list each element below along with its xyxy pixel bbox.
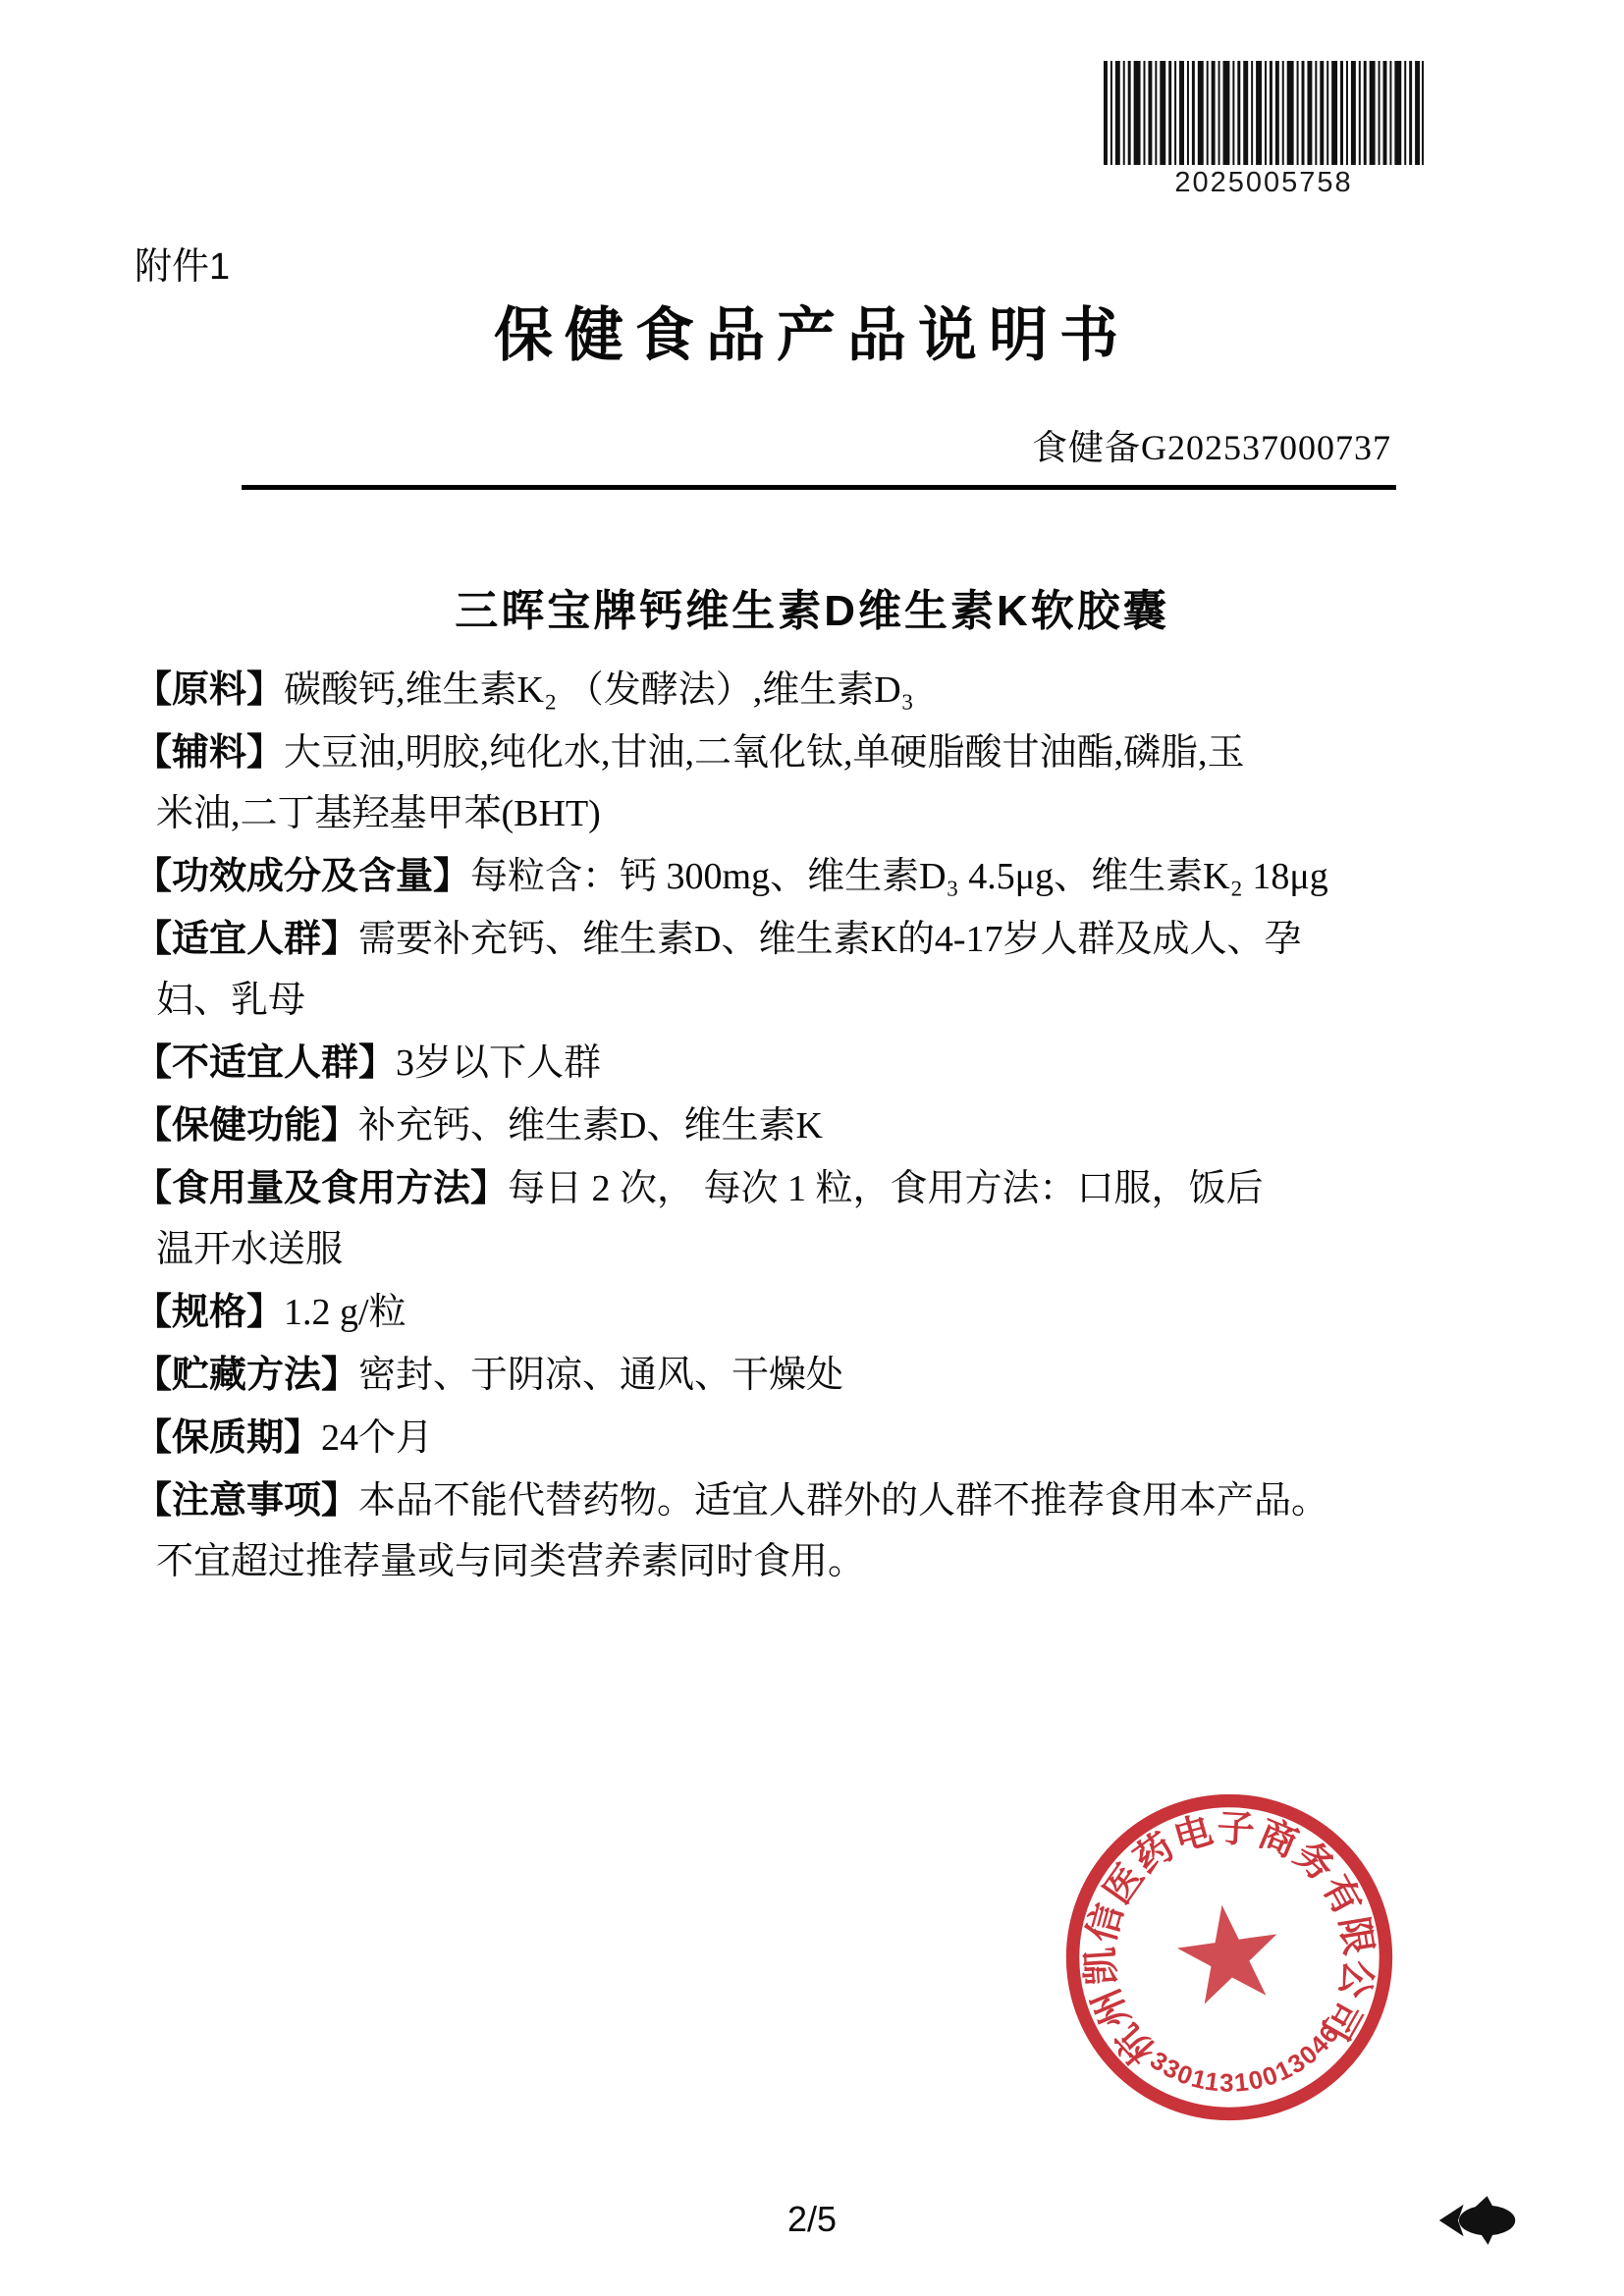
section-specification: 【规格】1.2 g/粒 bbox=[135, 1282, 1482, 1343]
divider-line bbox=[242, 485, 1396, 490]
section-label: 【贮藏方法】 bbox=[135, 1355, 358, 1396]
section-label: 【不适宜人群】 bbox=[135, 1042, 396, 1084]
section-text: 24个月 bbox=[321, 1417, 433, 1459]
barcode-number: 2025005758 bbox=[1104, 167, 1424, 199]
section-text: 1.2 g/粒 bbox=[284, 1292, 406, 1333]
section-label: 【辅料】 bbox=[135, 732, 284, 774]
seal-star-icon bbox=[1172, 1898, 1285, 2007]
section-label: 【保质期】 bbox=[135, 1417, 321, 1459]
section-label: 【食用量及食用方法】 bbox=[135, 1168, 508, 1209]
section-unsuitable-group: 【不适宜人群】3岁以下人群 bbox=[135, 1033, 1482, 1094]
fish-icon bbox=[1435, 2191, 1520, 2250]
section-precautions: 【注意事项】本品不能代替药物。适宜人群外的人群不推荐食用本产品。 不宜超过推荐量… bbox=[135, 1470, 1482, 1592]
section-shelf-life: 【保质期】24个月 bbox=[135, 1408, 1482, 1468]
section-active-components: 【功效成分及含量】每粒含：钙 300mg、维生素D₃ 4.5μg、维生素K₂ 1… bbox=[135, 846, 1482, 907]
section-label: 【原料】 bbox=[135, 669, 284, 711]
section-label: 【适宜人群】 bbox=[135, 919, 358, 960]
section-storage: 【贮藏方法】密封、于阴凉、通风、干燥处 bbox=[135, 1345, 1482, 1406]
section-text: 大豆油,明胶,纯化水,甘油,二氧化钛,单硬脂酸甘油酯,磷脂,玉 米油,二丁基羟基… bbox=[156, 732, 1245, 834]
section-ingredients: 【原料】碳酸钙,维生素K₂ （发酵法）,维生素D₃ bbox=[135, 660, 1482, 721]
svg-text:33011310013046: 33011310013046 bbox=[1142, 2016, 1352, 2109]
section-dosage-method: 【食用量及食用方法】每日 2 次， 每次 1 粒，食用方法：口服，饭后 温开水送… bbox=[135, 1158, 1482, 1280]
section-text: 3岁以下人群 bbox=[396, 1042, 601, 1084]
barcode: 2025005758 bbox=[1104, 61, 1424, 199]
section-text: 碳酸钙,维生素K₂ （发酵法）,维生素D₃ bbox=[284, 669, 914, 711]
product-name: 三晖宝牌钙维生素D维生素K软胶囊 bbox=[0, 575, 1624, 638]
section-label: 【功效成分及含量】 bbox=[135, 856, 470, 897]
section-text: 每粒含：钙 300mg、维生素D₃ 4.5μg、维生素K₂ 18μg bbox=[470, 856, 1328, 897]
document-title: 保健食品产品说明书 bbox=[0, 289, 1624, 373]
company-seal-stamp: 杭州凯信医药电子商务有限公司 33011310013046 bbox=[1056, 1785, 1402, 2130]
section-label: 【规格】 bbox=[135, 1292, 284, 1333]
document-body: 【原料】碳酸钙,维生素K₂ （发酵法）,维生素D₃ 【辅料】大豆油,明胶,纯化水… bbox=[135, 660, 1482, 1594]
barcode-image bbox=[1104, 61, 1424, 165]
section-suitable-group: 【适宜人群】需要补充钙、维生素D、维生素K的4-17岁人群及成人、孕 妇、乳母 bbox=[135, 909, 1482, 1031]
section-label: 【注意事项】 bbox=[135, 1480, 358, 1522]
section-text: 密封、于阴凉、通风、干燥处 bbox=[358, 1355, 843, 1396]
document-page: 2025005758 附件1 保健食品产品说明书 食健备G20253700073… bbox=[0, 0, 1624, 2296]
section-excipients: 【辅料】大豆油,明胶,纯化水,甘油,二氧化钛,单硬脂酸甘油酯,磷脂,玉 米油,二… bbox=[135, 722, 1482, 844]
page-number: 2/5 bbox=[0, 2199, 1624, 2240]
registration-number: 食健备G202537000737 bbox=[1032, 420, 1391, 470]
attachment-label: 附件1 bbox=[135, 236, 230, 290]
seal-registration-number: 33011310013046 bbox=[1142, 2016, 1352, 2109]
section-health-function: 【保健功能】补充钙、维生素D、维生素K bbox=[135, 1095, 1482, 1156]
section-label: 【保健功能】 bbox=[135, 1105, 358, 1147]
section-text: 补充钙、维生素D、维生素K bbox=[358, 1105, 823, 1147]
